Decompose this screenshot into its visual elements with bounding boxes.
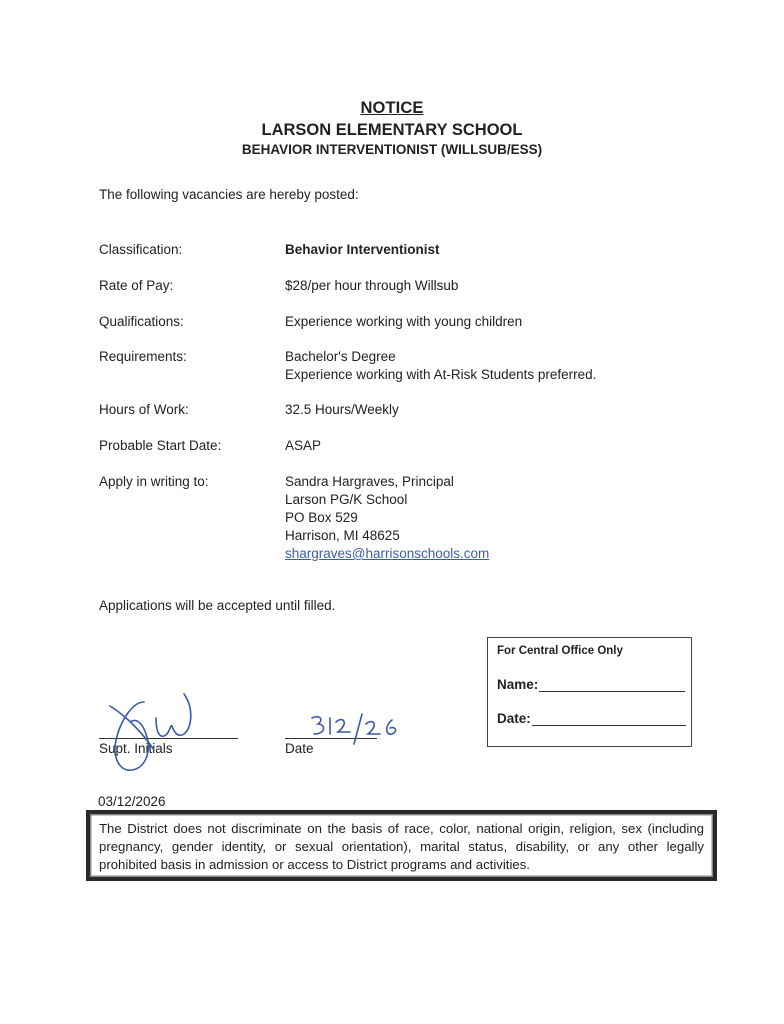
field-label: Qualifications:	[99, 313, 184, 331]
date-line	[285, 738, 377, 739]
date-label: Date	[285, 741, 314, 756]
field-value: 32.5 Hours/Weekly	[285, 401, 399, 419]
office-box-title: For Central Office Only	[497, 645, 623, 657]
field-value: Harrison, MI 48625	[285, 527, 400, 545]
office-name-field: Name:	[497, 677, 685, 692]
field-value: $28/per hour through Willsub	[285, 277, 458, 295]
field-label: Apply in writing to:	[99, 473, 209, 491]
field-value: Sandra Hargraves, Principal	[285, 473, 454, 491]
office-date-label: Date:	[497, 711, 531, 726]
field-value: PO Box 529	[285, 509, 358, 527]
handwritten-date	[308, 712, 408, 748]
field-label: Classification:	[99, 241, 182, 259]
email-link[interactable]: shargraves@harrisonschools.com	[285, 545, 489, 563]
field-value: Bachelor's Degree	[285, 348, 396, 366]
office-date-field: Date:	[497, 711, 686, 726]
school-name: LARSON ELEMENTARY SCHOOL	[0, 120, 784, 140]
field-value: Experience working with At-Risk Students…	[285, 366, 596, 384]
field-label: Requirements:	[99, 348, 187, 366]
field-value: Larson PG/K School	[285, 491, 407, 509]
initials-label: Supt. Initials	[99, 741, 173, 756]
accepted-note: Applications will be accepted until fill…	[99, 598, 335, 613]
initials-line	[99, 738, 238, 739]
intro-text: The following vacancies are hereby poste…	[99, 187, 359, 202]
notice-page: NOTICE LARSON ELEMENTARY SCHOOL BEHAVIOR…	[0, 0, 784, 1024]
field-label: Hours of Work:	[99, 401, 189, 419]
field-value: ASAP	[285, 437, 321, 455]
date-stamp: 03/12/2026	[98, 794, 166, 809]
handwritten-initials-signature	[96, 688, 216, 778]
office-name-label: Name:	[497, 677, 538, 692]
field-value: Experience working with young children	[285, 313, 522, 331]
document-header: NOTICE LARSON ELEMENTARY SCHOOL BEHAVIOR…	[0, 98, 784, 159]
central-office-box: For Central Office Only Name: Date:	[487, 637, 692, 747]
date-blank-line	[532, 713, 686, 726]
field-value: Behavior Interventionist	[285, 241, 440, 259]
disclaimer-text: The District does not discriminate on th…	[90, 814, 713, 874]
name-blank-line	[539, 679, 685, 692]
non-discrimination-notice: The District does not discriminate on th…	[86, 810, 717, 881]
field-label: Rate of Pay:	[99, 277, 173, 295]
notice-title: NOTICE	[0, 98, 784, 118]
position-title: BEHAVIOR INTERVENTIONIST (WILLSUB/ESS)	[0, 141, 784, 159]
field-label: Probable Start Date:	[99, 437, 221, 455]
